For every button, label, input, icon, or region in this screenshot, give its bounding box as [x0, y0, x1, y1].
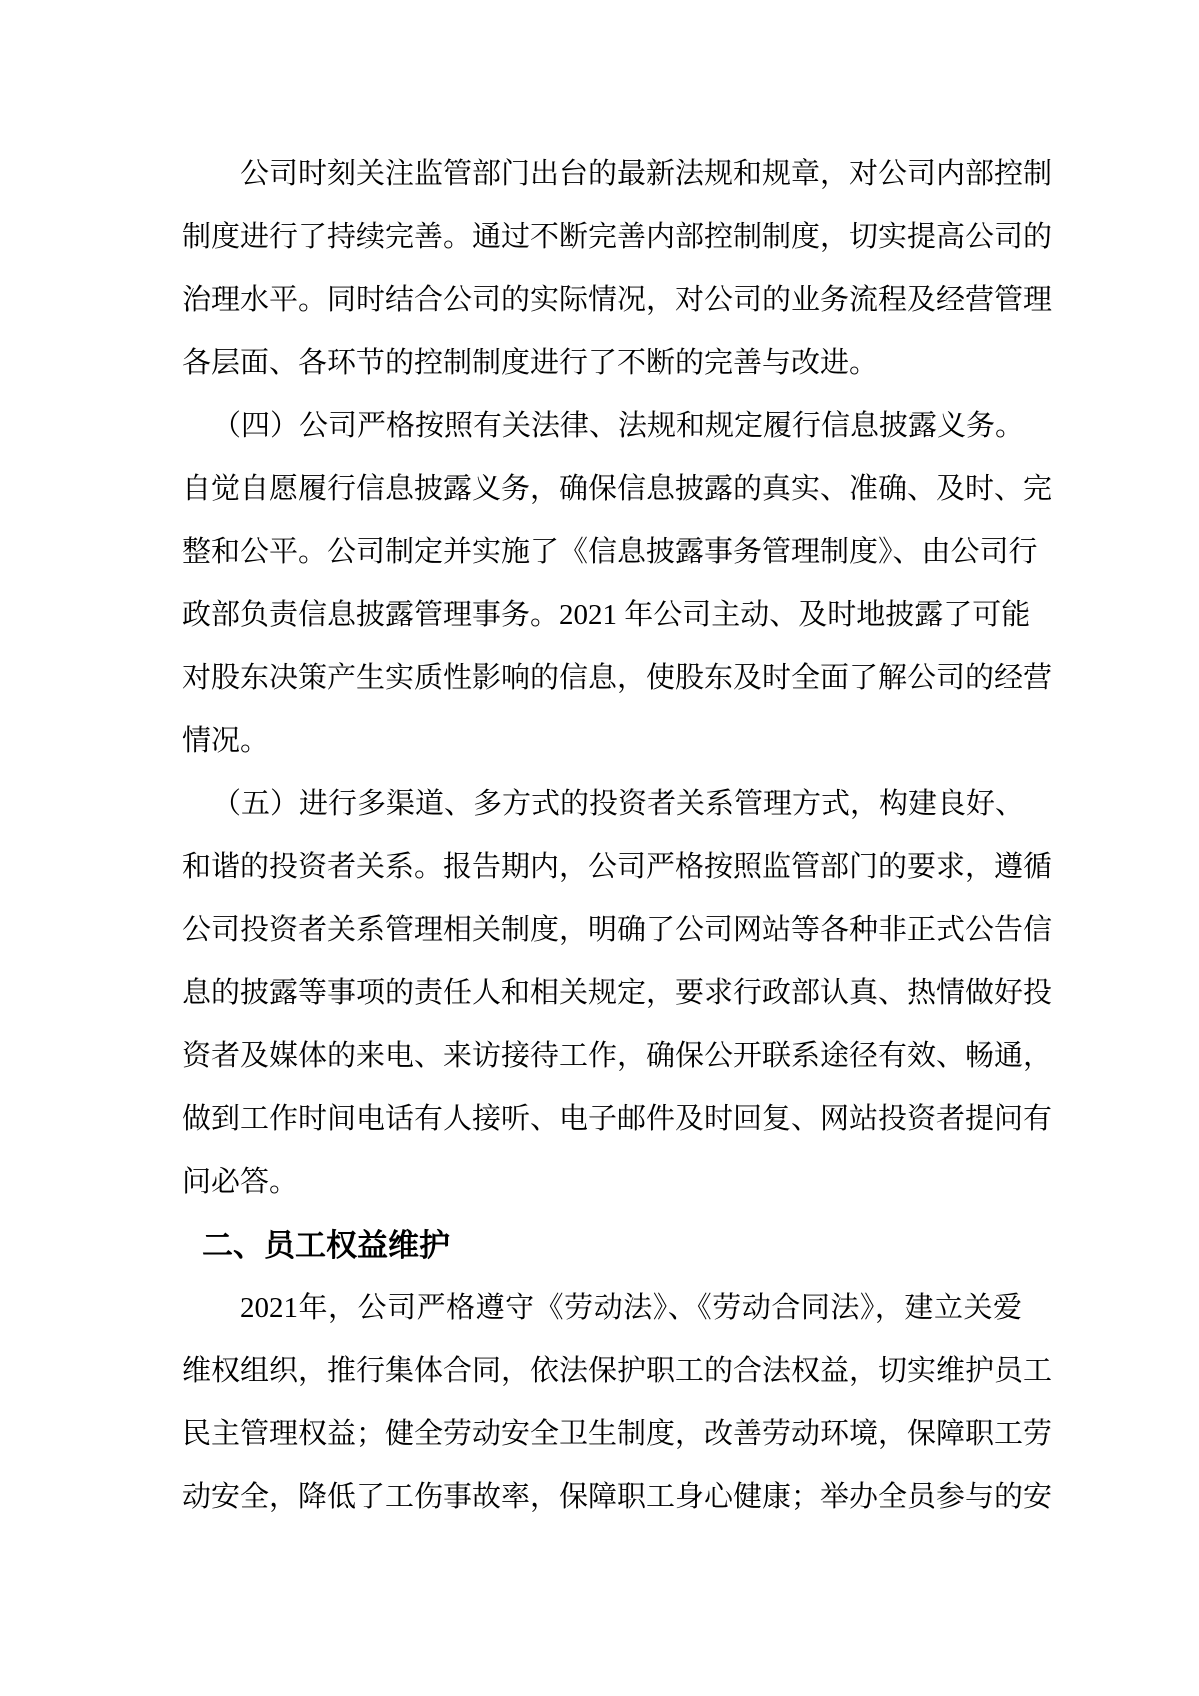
text-line: 维权组织，推行集体合同，依法保护职工的合法权益，切实维护员工: [182, 1340, 1022, 1403]
text-line: 对股东决策产生实质性影响的信息，使股东及时全面了解公司的经营: [182, 647, 1022, 710]
text-line: 自觉自愿履行信息披露义务，确保信息披露的真实、准确、及时、完: [182, 458, 1022, 521]
text-line: 2021年，公司严格遵守《劳动法》、《劳动合同法》，建立关爱: [182, 1277, 1022, 1340]
text-line: 情况。: [182, 710, 1022, 773]
text-line: 公司投资者关系管理相关制度，明确了公司网站等各种非正式公告信: [182, 899, 1022, 962]
text-line: 资者及媒体的来电、来访接待工作，确保公开联系途径有效、畅通，: [182, 1025, 1022, 1088]
document-page: 公司时刻关注监管部门出台的最新法规和规章，对公司内部控制制度进行了持续完善。通过…: [0, 0, 1199, 1696]
text-line: 民主管理权益；健全劳动安全卫生制度，改善劳动环境，保障职工劳: [182, 1403, 1022, 1466]
text-line: 息的披露等事项的责任人和相关规定，要求行政部认真、热情做好投: [182, 962, 1022, 1025]
text-line: 整和公平。公司制定并实施了《信息披露事务管理制度》、由公司行: [182, 521, 1022, 584]
section-heading: 二、员工权益维护: [182, 1214, 1022, 1277]
text-line: （四）公司严格按照有关法律、法规和规定履行信息披露义务。: [182, 395, 1022, 458]
text-line: 问必答。: [182, 1151, 1022, 1214]
document-body: 公司时刻关注监管部门出台的最新法规和规章，对公司内部控制制度进行了持续完善。通过…: [182, 143, 1022, 1529]
text-line: 动安全，降低了工伤事故率，保障职工身心健康；举办全员参与的安: [182, 1466, 1022, 1529]
text-line: 制度进行了持续完善。通过不断完善内部控制制度，切实提高公司的: [182, 206, 1022, 269]
text-line: 公司时刻关注监管部门出台的最新法规和规章，对公司内部控制: [182, 143, 1022, 206]
text-line: 治理水平。同时结合公司的实际情况，对公司的业务流程及经营管理: [182, 269, 1022, 332]
text-line: 各层面、各环节的控制制度进行了不断的完善与改进。: [182, 332, 1022, 395]
text-line: 政部负责信息披露管理事务。2021 年公司主动、及时地披露了可能: [182, 584, 1022, 647]
text-line: 和谐的投资者关系。报告期内，公司严格按照监管部门的要求，遵循: [182, 836, 1022, 899]
text-line: （五）进行多渠道、多方式的投资者关系管理方式，构建良好、: [182, 773, 1022, 836]
text-line: 做到工作时间电话有人接听、电子邮件及时回复、网站投资者提问有: [182, 1088, 1022, 1151]
